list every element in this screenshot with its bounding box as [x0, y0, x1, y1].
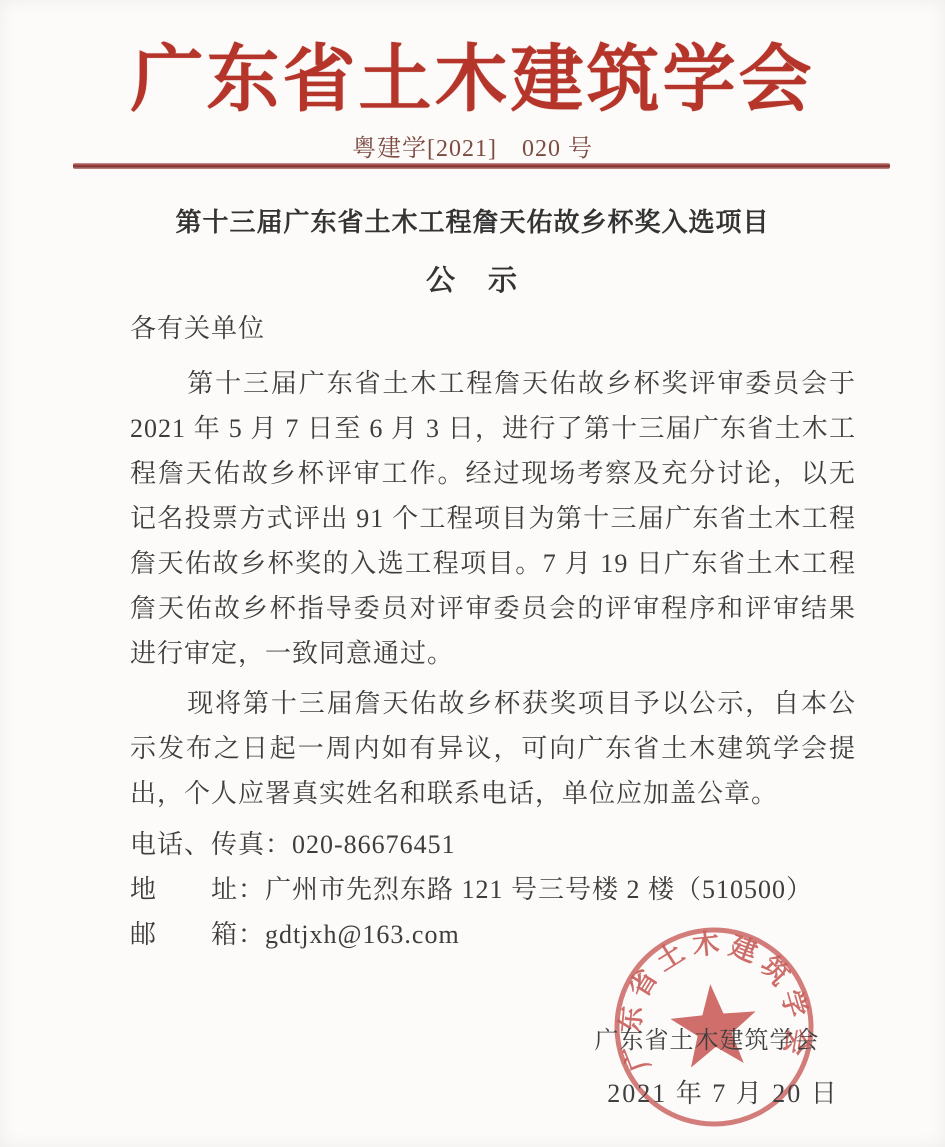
red-divider [73, 163, 890, 169]
contact-line-phone: 电话、传真：020-86676451 [130, 822, 856, 867]
phone-fax-label: 电话、传真： [130, 830, 292, 859]
document-page: 广东省土木建筑学会 粤建学[2021] 020 号 第十三届广东省土木工程詹天佑… [0, 0, 945, 1147]
email-value: gdtjxh@163.com [265, 920, 460, 949]
phone-fax-value: 020-86676451 [292, 830, 456, 859]
signature-date: 2021 年 7 月 20 日 [508, 1073, 938, 1110]
contact-line-address: 地 址：广州市先烈东路 121 号三号楼 2 楼（510500） [130, 867, 856, 912]
notice-title: 第十三届广东省土木工程詹天佑故乡杯奖入选项目 [0, 202, 945, 239]
address-value: 广州市先烈东路 121 号三号楼 2 楼（510500） [265, 875, 813, 904]
notice-body: 各有关单位 第十三届广东省土木工程詹天佑故乡杯奖评审委员会于 2021 年 5 … [130, 306, 856, 957]
notice-subtitle: 公 示 [0, 258, 945, 299]
email-label: 邮 箱： [130, 920, 265, 949]
paragraph-1: 第十三届广东省土木工程詹天佑故乡杯奖评审委员会于 2021 年 5 月 7 日至… [130, 361, 856, 676]
paragraph-2: 现将第十三届詹天佑故乡杯获奖项目予以公示，自本公示发布之日起一周内如有异议，可向… [130, 681, 856, 816]
letterhead-org-title: 广东省土木建筑学会 [0, 20, 945, 125]
doc-number: 粤建学[2021] 020 号 [0, 128, 945, 163]
salutation: 各有关单位 [130, 306, 856, 351]
address-label: 地 址： [130, 875, 265, 904]
signature-org: 广东省土木建筑学会 [492, 1020, 922, 1055]
